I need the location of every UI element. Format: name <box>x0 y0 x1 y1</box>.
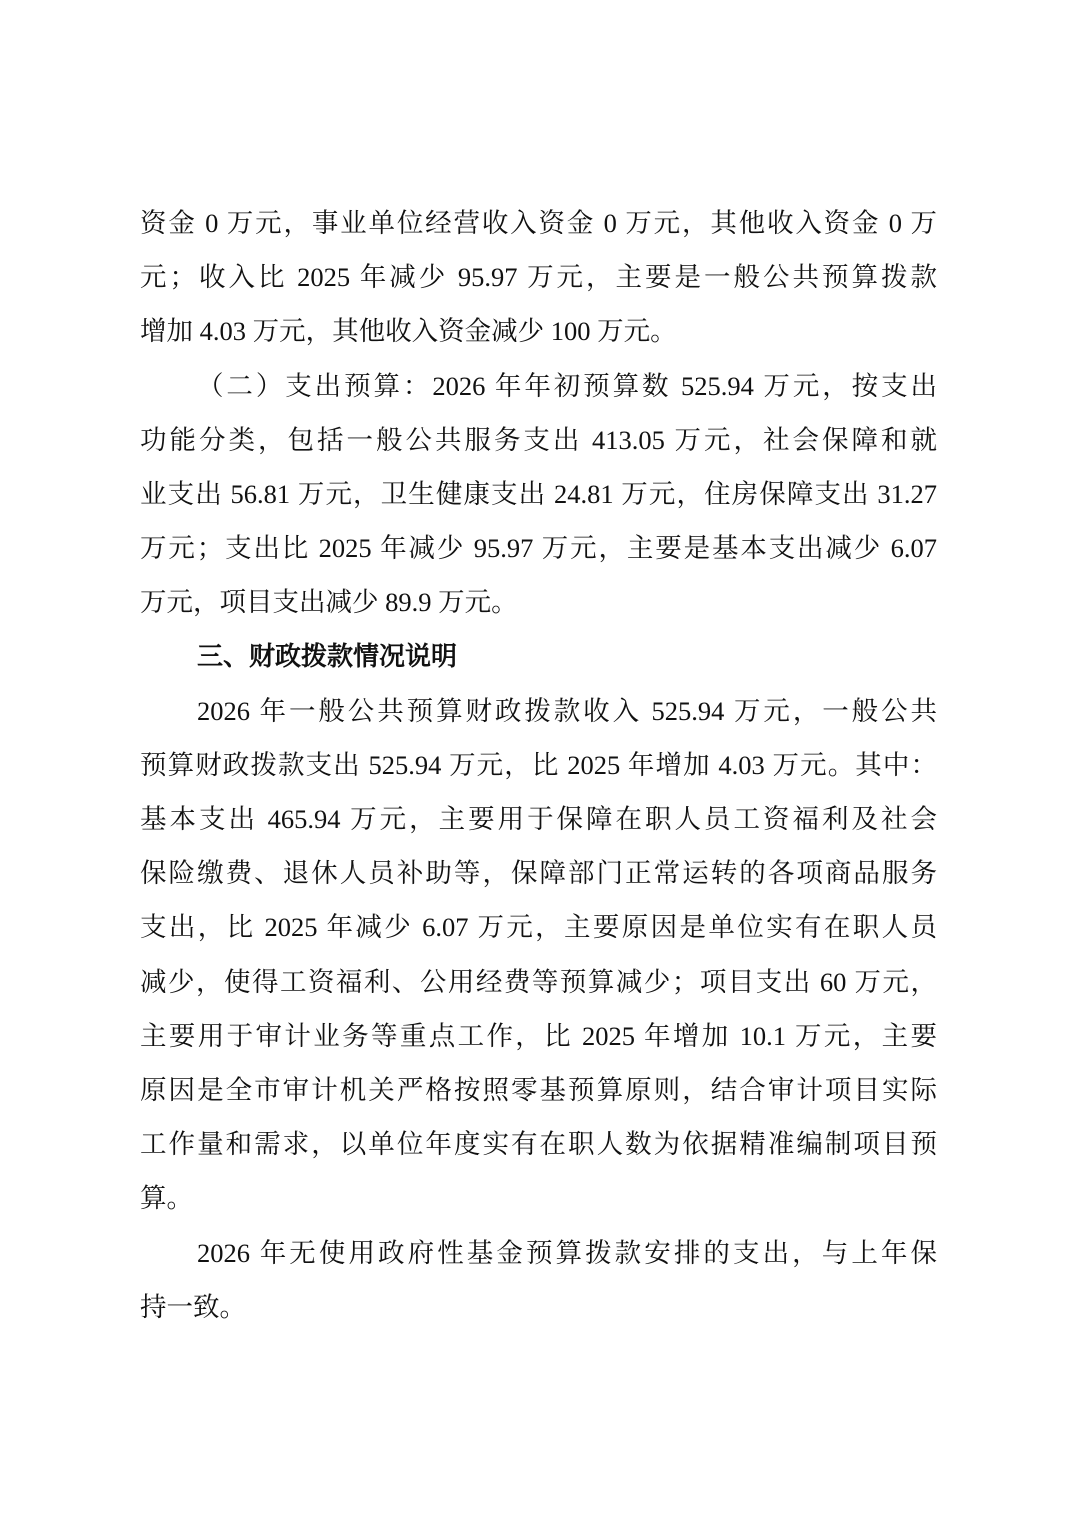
paragraph-government-fund: 2026 年无使用政府性基金预算拨款安排的支出，与上年保 持一致。 <box>140 1226 937 1334</box>
text-line: 持一致。 <box>140 1280 937 1334</box>
text-line: （二）支出预算：2026 年年初预算数 525.94 万元，按支出 <box>140 359 937 413</box>
text-line: 预算财政拨款支出 525.94 万元，比 2025 年增加 4.03 万元。其中… <box>140 738 937 792</box>
text-line: 功能分类，包括一般公共服务支出 413.05 万元，社会保障和就 <box>140 413 937 467</box>
text-line: 元；收入比 2025 年减少 95.97 万元，主要是一般公共预算拨款 <box>140 250 937 304</box>
text-line: 原因是全市审计机关严格按照零基预算原则，结合审计项目实际 <box>140 1063 937 1117</box>
text-line: 2026 年无使用政府性基金预算拨款安排的支出，与上年保 <box>140 1226 937 1280</box>
text-line: 保险缴费、退休人员补助等，保障部门正常运转的各项商品服务 <box>140 846 937 900</box>
text-line: 基本支出 465.94 万元，主要用于保障在职人员工资福利及社会 <box>140 792 937 846</box>
section-heading: 三、财政拨款情况说明 <box>140 630 937 684</box>
text-line: 业支出 56.81 万元，卫生健康支出 24.81 万元，住房保障支出 31.2… <box>140 467 937 521</box>
text-line: 主要用于审计业务等重点工作，比 2025 年增加 10.1 万元，主要 <box>140 1009 937 1063</box>
text-line: 万元；支出比 2025 年减少 95.97 万元，主要是基本支出减少 6.07 <box>140 521 937 575</box>
paragraph-income-continued: 资金 0 万元，事业单位经营收入资金 0 万元，其他收入资金 0 万 元；收入比… <box>140 196 937 359</box>
text-line: 2026 年一般公共预算财政拨款收入 525.94 万元，一般公共 <box>140 684 937 738</box>
text-line: 资金 0 万元，事业单位经营收入资金 0 万元，其他收入资金 0 万 <box>140 196 937 250</box>
paragraph-expenditure-budget: （二）支出预算：2026 年年初预算数 525.94 万元，按支出 功能分类，包… <box>140 359 937 630</box>
text-line: 增加 4.03 万元，其他收入资金减少 100 万元。 <box>140 304 937 358</box>
document-page: 资金 0 万元，事业单位经营收入资金 0 万元，其他收入资金 0 万 元；收入比… <box>140 196 937 1334</box>
text-line: 万元，项目支出减少 89.9 万元。 <box>140 575 937 629</box>
paragraph-fiscal-appropriation: 2026 年一般公共预算财政拨款收入 525.94 万元，一般公共 预算财政拨款… <box>140 684 937 1226</box>
text-line: 工作量和需求，以单位年度实有在职人数为依据精准编制项目预 <box>140 1117 937 1171</box>
text-line: 减少，使得工资福利、公用经费等预算减少；项目支出 60 万元， <box>140 955 937 1009</box>
text-line: 支出，比 2025 年减少 6.07 万元，主要原因是单位实有在职人员 <box>140 900 937 954</box>
text-line: 算。 <box>140 1171 937 1225</box>
